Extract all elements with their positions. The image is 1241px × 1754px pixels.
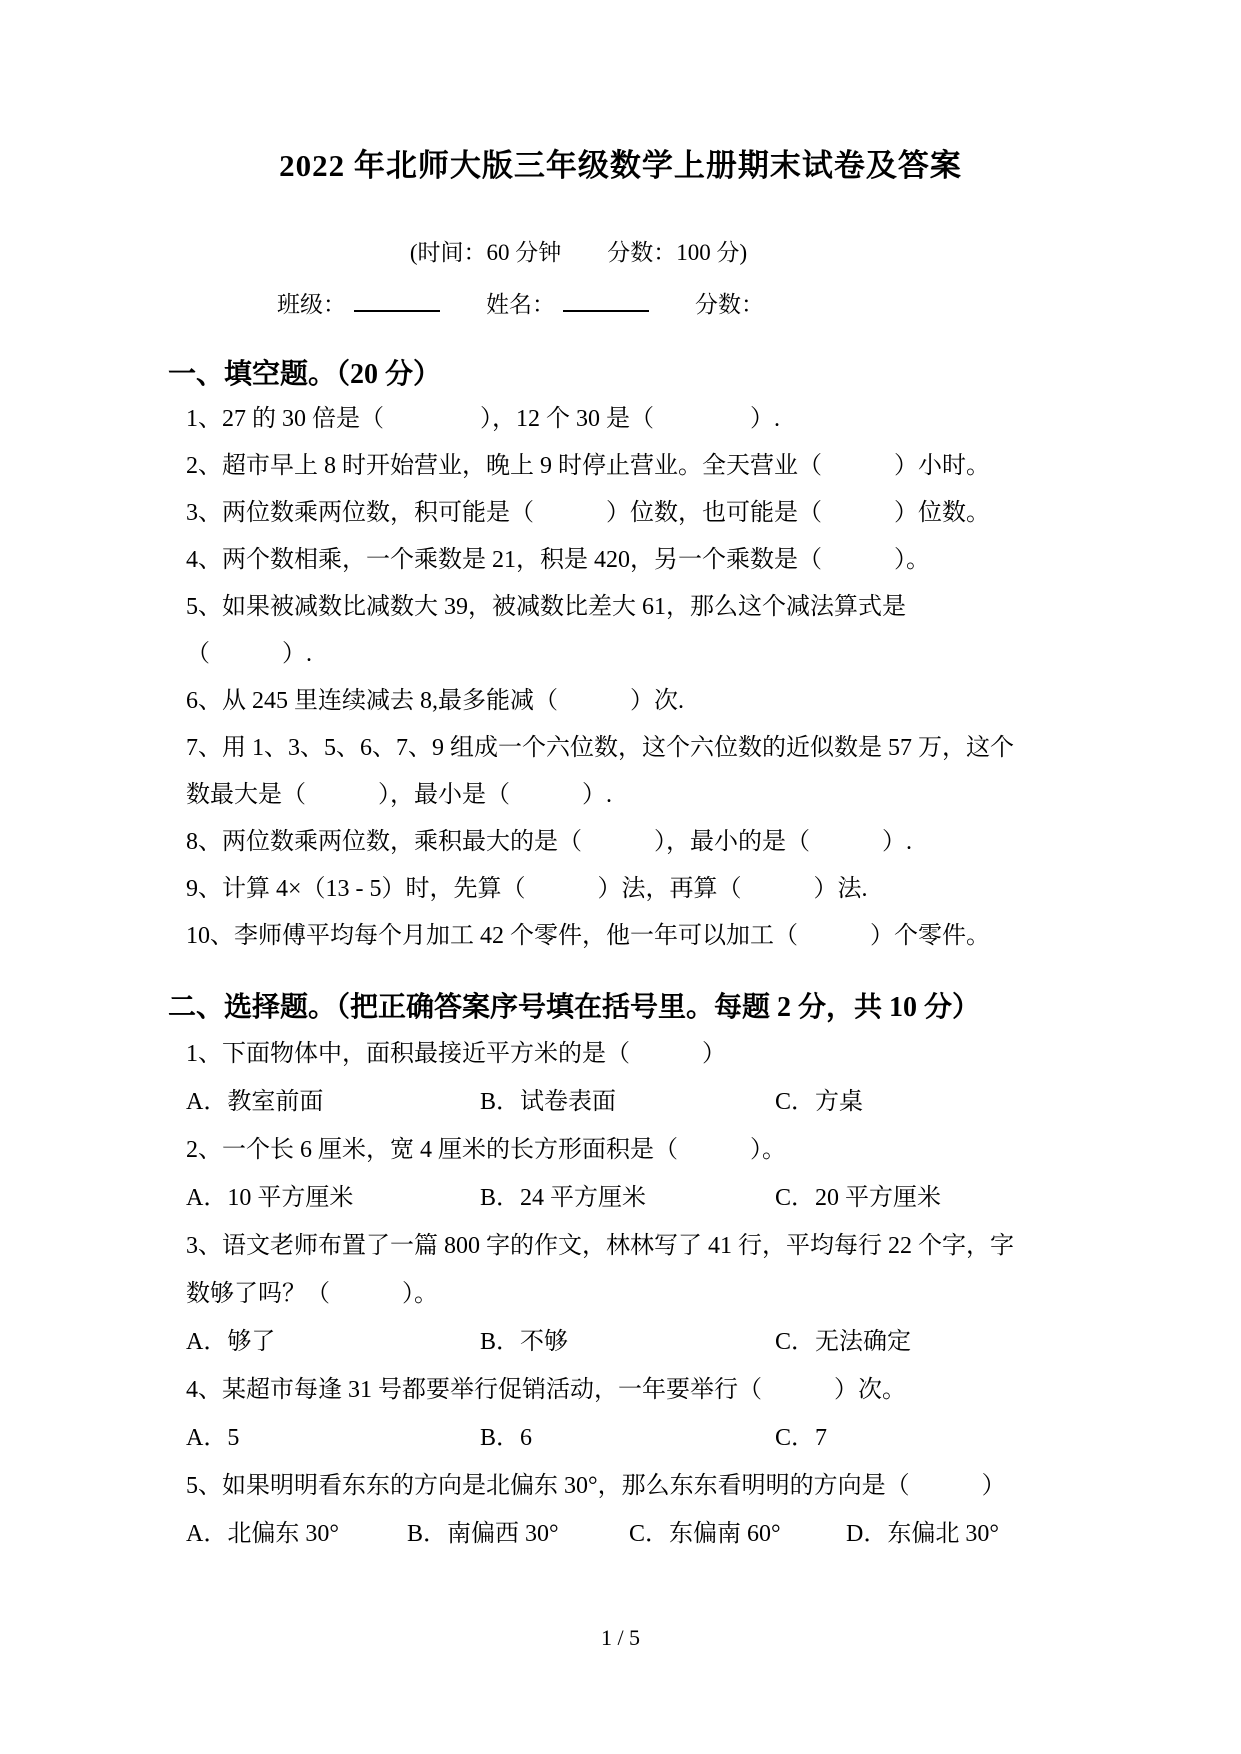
option-b: B．试卷表面	[480, 1078, 775, 1126]
option-c: C．东偏南 60°	[629, 1510, 846, 1558]
page-number: 1 / 5	[0, 1625, 1241, 1651]
fill-question-8: 8、两位数乘两位数，乘积最大的是（ ），最小的是（ ）.	[186, 819, 1201, 866]
class-blank-line	[354, 286, 440, 312]
fill-question-2: 2、超市早上 8 时开始营业，晚上 9 时停止营业。全天营业（ ）小时。	[186, 443, 1201, 490]
fill-question-1: 1、27 的 30 倍是（ ），12 个 30 是（ ）.	[186, 396, 1201, 443]
choice-question-1: 1、下面物体中，面积最接近平方米的是（ ）	[186, 1030, 1201, 1078]
fill-question-10: 10、李师傅平均每个月加工 42 个零件，他一年可以加工（ ）个零件。	[186, 913, 1201, 960]
choice-question-2: 2、一个长 6 厘米，宽 4 厘米的长方形面积是（ ）。	[186, 1126, 1201, 1174]
exam-title: 2022 年北师大版三年级数学上册期末试卷及答案	[0, 0, 1241, 186]
option-b: B．南偏西 30°	[407, 1510, 629, 1558]
choice-question-4-options: A．5 B．6 C．7	[186, 1414, 1201, 1462]
section2-choice-questions: 1、下面物体中，面积最接近平方米的是（ ） A．教室前面 B．试卷表面 C．方桌…	[0, 1030, 1241, 1558]
option-b: B．不够	[480, 1318, 775, 1366]
fill-question-7-continuation: 数最大是（ ），最小是（ ）.	[186, 772, 1201, 819]
class-label: 班级：	[277, 292, 346, 317]
score-label: 分数：	[695, 292, 764, 317]
choice-question-4: 4、某超市每逢 31 号都要举行促销活动，一年要举行（ ）次。	[186, 1366, 1201, 1414]
option-a: A．够了	[186, 1318, 480, 1366]
time-score-line: (时间：60 分钟 分数：100 分)	[0, 238, 1199, 268]
option-c: C．无法确定	[775, 1318, 911, 1366]
choice-question-3: 3、语文老师布置了一篇 800 字的作文，林林写了 41 行，平均每行 22 个…	[186, 1222, 1201, 1270]
student-info-line: 班级：姓名：分数：	[277, 286, 1241, 320]
option-c: C．方桌	[775, 1078, 863, 1126]
section1-heading: 一、填空题。（20 分）	[168, 354, 1241, 396]
name-blank-line	[563, 286, 649, 312]
choice-question-1-options: A．教室前面 B．试卷表面 C．方桌	[186, 1078, 1201, 1126]
fill-question-7: 7、用 1、3、5、6、7、9 组成一个六位数，这个六位数的近似数是 57 万，…	[186, 725, 1201, 772]
option-c: C．7	[775, 1414, 827, 1462]
choice-question-5-options: A．北偏东 30° B．南偏西 30° C．东偏南 60° D．东偏北 30°	[186, 1510, 1201, 1558]
section1-fill-in-questions: 1、27 的 30 倍是（ ），12 个 30 是（ ）. 2、超市早上 8 时…	[0, 396, 1241, 960]
option-d: D．东偏北 30°	[846, 1510, 999, 1558]
fill-question-9: 9、计算 4×（13 - 5）时，先算（ ）法，再算（ ）法.	[186, 866, 1201, 913]
fill-question-4: 4、两个数相乘，一个乘数是 21，积是 420，另一个乘数是（ ）。	[186, 537, 1201, 584]
choice-question-5: 5、如果明明看东东的方向是北偏东 30°，那么东东看明明的方向是（ ）	[186, 1462, 1201, 1510]
option-a: A．5	[186, 1414, 480, 1462]
option-b: B．6	[480, 1414, 775, 1462]
option-a: A．10 平方厘米	[186, 1174, 480, 1222]
choice-question-3-continuation: 数够了吗？（ ）。	[186, 1270, 1201, 1318]
fill-question-5-continuation: （ ）.	[186, 631, 1201, 678]
choice-question-2-options: A．10 平方厘米 B．24 平方厘米 C．20 平方厘米	[186, 1174, 1201, 1222]
section2-heading: 二、选择题。（把正确答案序号填在括号里。每题 2 分，共 10 分）	[168, 986, 1241, 1030]
fill-question-5: 5、如果被减数比减数大 39，被减数比差大 61，那么这个减法算式是	[186, 584, 1201, 631]
exam-document-page: 2022 年北师大版三年级数学上册期末试卷及答案 (时间：60 分钟 分数：10…	[0, 0, 1241, 1754]
option-a: A．北偏东 30°	[186, 1510, 407, 1558]
choice-question-3-options: A．够了 B．不够 C．无法确定	[186, 1318, 1201, 1366]
name-label: 姓名：	[486, 292, 555, 317]
option-b: B．24 平方厘米	[480, 1174, 775, 1222]
option-c: C．20 平方厘米	[775, 1174, 941, 1222]
fill-question-6: 6、从 245 里连续减去 8,最多能减（ ）次.	[186, 678, 1201, 725]
option-a: A．教室前面	[186, 1078, 480, 1126]
fill-question-3: 3、两位数乘两位数，积可能是（ ）位数，也可能是（ ）位数。	[186, 490, 1201, 537]
